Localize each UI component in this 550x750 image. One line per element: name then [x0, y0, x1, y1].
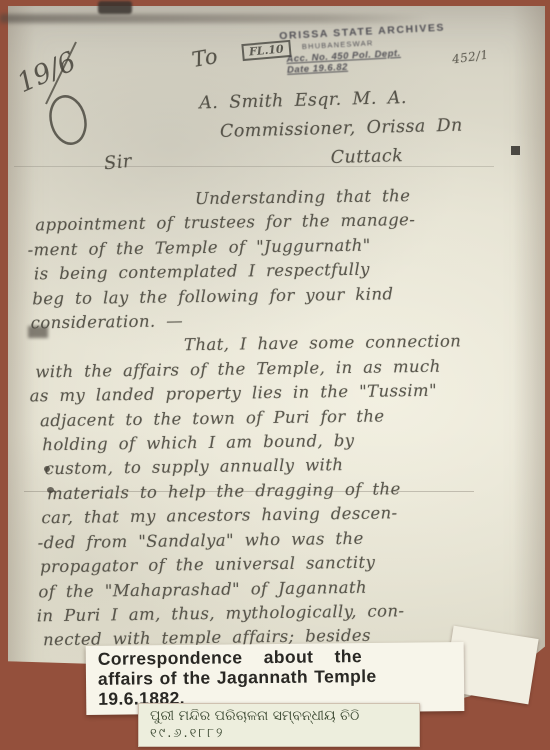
scanned-archive-photo: { "folio_mark": "19/6", "file_stamp": "F… — [0, 0, 550, 750]
caption-line-odia: ପୁରୀ ମନ୍ଦିର ପରିଚାଳନା ସମ୍ବନ୍ଧୀୟ ଚିଠି — [150, 707, 408, 725]
letter-body: Understanding that the appointment of tr… — [27, 183, 525, 654]
address-line: Cuttack — [330, 140, 501, 173]
address-block: A. Smith Esqr. M. A. Commissioner, Oriss… — [159, 82, 501, 178]
flourish-loop — [46, 93, 91, 148]
letter-to: To — [190, 44, 220, 72]
letter-greeting: Sir — [103, 151, 133, 175]
top-ink-blob — [98, 1, 132, 14]
caption-line-odia-date: ୧୯.୬.୧୮୮୨ — [150, 725, 408, 743]
black-square-mark — [511, 146, 520, 155]
folio-mark-flourish: 19/6 — [16, 34, 116, 154]
caption-label-odia: ପୁରୀ ମନ୍ଦିର ପରିଚାଳନା ସମ୍ବନ୍ଧୀୟ ଚିଠି ୧୯.୬… — [138, 703, 420, 747]
top-edge-smudge — [0, 14, 430, 23]
